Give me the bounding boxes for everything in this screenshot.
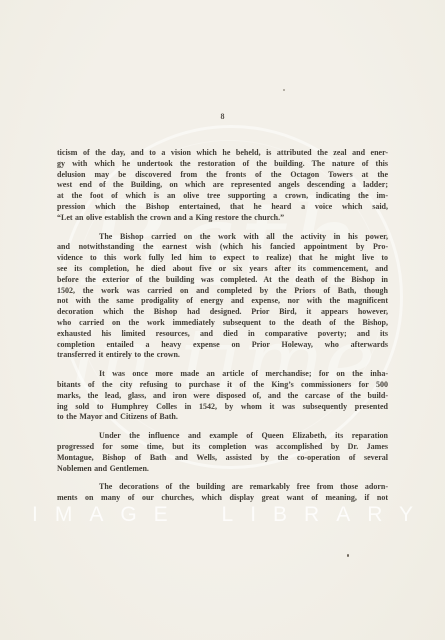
paper-speck <box>347 554 349 557</box>
text-line: delusion may be discovered from the fron… <box>57 170 388 181</box>
text-line: Under the influence and example of Queen… <box>57 431 388 442</box>
text-line: transferred it entirely to the crown. <box>57 350 388 361</box>
text-line: west end of the Building, on which are r… <box>57 180 388 191</box>
text-line: The Bishop carried on the work with all … <box>57 232 388 243</box>
text-line: vidence to this work fully led him to ex… <box>57 253 388 264</box>
text-line: ticism of the day, and to a vision which… <box>57 148 388 159</box>
text-line: see its completion, he died about five o… <box>57 264 388 275</box>
body-text: ticism of the day, and to a vision which… <box>57 148 388 512</box>
text-line: exhausted his limited resources, and die… <box>57 329 388 340</box>
text-line: at the foot of which is an olive tree su… <box>57 191 388 202</box>
text-line: ments on many of our churches, which dis… <box>57 493 388 504</box>
text-line: not with the same prodigality of energy … <box>57 296 388 307</box>
text-line: The decorations of the building are rema… <box>57 482 388 493</box>
page-number: 8 <box>57 112 388 121</box>
text-line: bitants of the city refusing to purchase… <box>57 380 388 391</box>
paragraph: ticism of the day, and to a vision which… <box>57 148 388 224</box>
text-line: marks, the lead, glass, and iron were di… <box>57 391 388 402</box>
scanned-book-page: Bath in time 8 ticism of the day, and to… <box>0 0 445 640</box>
text-line: ing sold to Humphrey Colles in 1542, by … <box>57 402 388 413</box>
paper-speck <box>283 89 285 91</box>
text-line: Noblemen and Gentlemen. <box>57 464 388 475</box>
text-line: “Let an olive establish the crown and a … <box>57 213 388 224</box>
text-line: who carried on the work immediately subs… <box>57 318 388 329</box>
paragraph: Under the influence and example of Queen… <box>57 431 388 474</box>
text-line: Montague, Bishop of Bath and Wells, assi… <box>57 453 388 464</box>
text-line: completion entailed a heavy expense on P… <box>57 340 388 351</box>
paragraph: The decorations of the building are rema… <box>57 482 388 504</box>
text-line: 1502, the work was carried on and comple… <box>57 286 388 297</box>
text-line: decoration which the Bishop had designed… <box>57 307 388 318</box>
text-line: to the Mayor and Citizens of Bath. <box>57 412 388 423</box>
text-line: before the exterior of the building was … <box>57 275 388 286</box>
text-line: It was once more made an article of merc… <box>57 369 388 380</box>
text-line: pression which the Bishop entertained, t… <box>57 202 388 213</box>
paragraph: It was once more made an article of merc… <box>57 369 388 423</box>
paragraph: The Bishop carried on the work with all … <box>57 232 388 362</box>
text-line: gy with which he undertook the restorati… <box>57 159 388 170</box>
text-line: progressed for some time, but its comple… <box>57 442 388 453</box>
text-line: and notwithstanding the earnest wish (wh… <box>57 242 388 253</box>
